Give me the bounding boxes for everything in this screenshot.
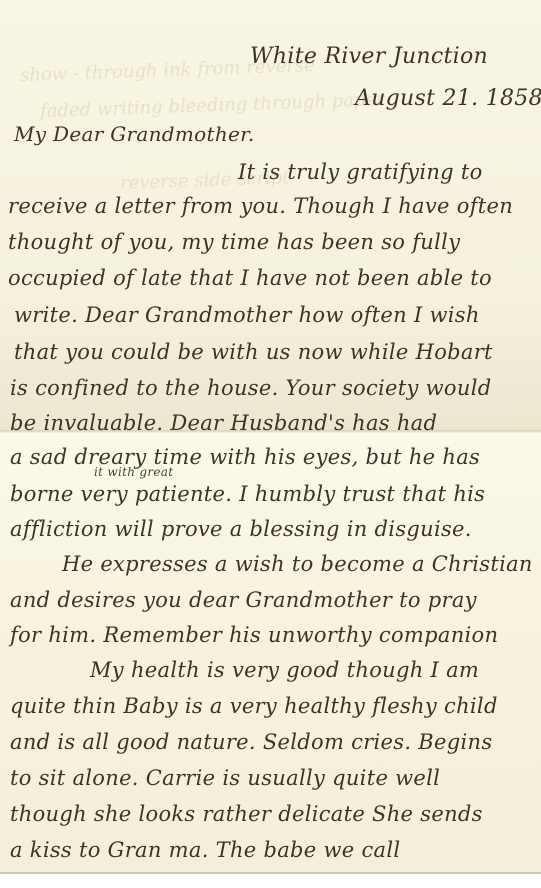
letter-line: thought of you, my time has been so full… <box>8 232 460 253</box>
letter-line: and desires you dear Grandmother to pray <box>10 590 477 611</box>
letter-line: and is all good nature. Seldom cries. Be… <box>10 732 492 753</box>
letter-line: My health is very good though I am <box>90 660 479 681</box>
letter-line: receive a letter from you. Though I have… <box>8 196 513 217</box>
paper-bottom-edge <box>0 872 541 874</box>
letter-line: be invaluable. Dear Husband's has had <box>10 413 437 434</box>
letter-line: to sit alone. Carrie is usually quite we… <box>10 768 440 789</box>
letter-line: that you could be with us now while Hoba… <box>14 342 493 363</box>
letter-line: borne very patiente. I humbly trust that… <box>10 484 485 505</box>
letter-line: write. Dear Grandmother how often I wish <box>14 305 480 326</box>
letter-line: quite thin Baby is a very healthy fleshy… <box>10 696 498 717</box>
letter-line: He expresses a wish to become a Christia… <box>62 554 533 575</box>
letter-date: August 21. 1858 <box>355 88 541 110</box>
letter-line: though she looks rather delicate She sen… <box>10 804 483 825</box>
letter-line: a sad dreary time with his eyes, but he … <box>10 447 480 468</box>
letter-line: occupied of late that I have not been ab… <box>8 268 492 289</box>
letter-line: It is truly gratifying to <box>238 162 483 183</box>
letter-salutation: My Dear Grandmother. <box>14 124 254 144</box>
letter-line: affliction will prove a blessing in disg… <box>10 519 472 540</box>
letter-page: show - through ink from reverse faded wr… <box>0 0 541 874</box>
letter-place: White River Junction <box>250 46 488 68</box>
letter-line: for him. Remember his unworthy companion <box>10 625 498 646</box>
letter-insertion: it with great <box>94 466 173 478</box>
letter-line: is confined to the house. Your society w… <box>10 378 491 399</box>
letter-line: a kiss to Gran ma. The babe we call <box>10 840 400 861</box>
